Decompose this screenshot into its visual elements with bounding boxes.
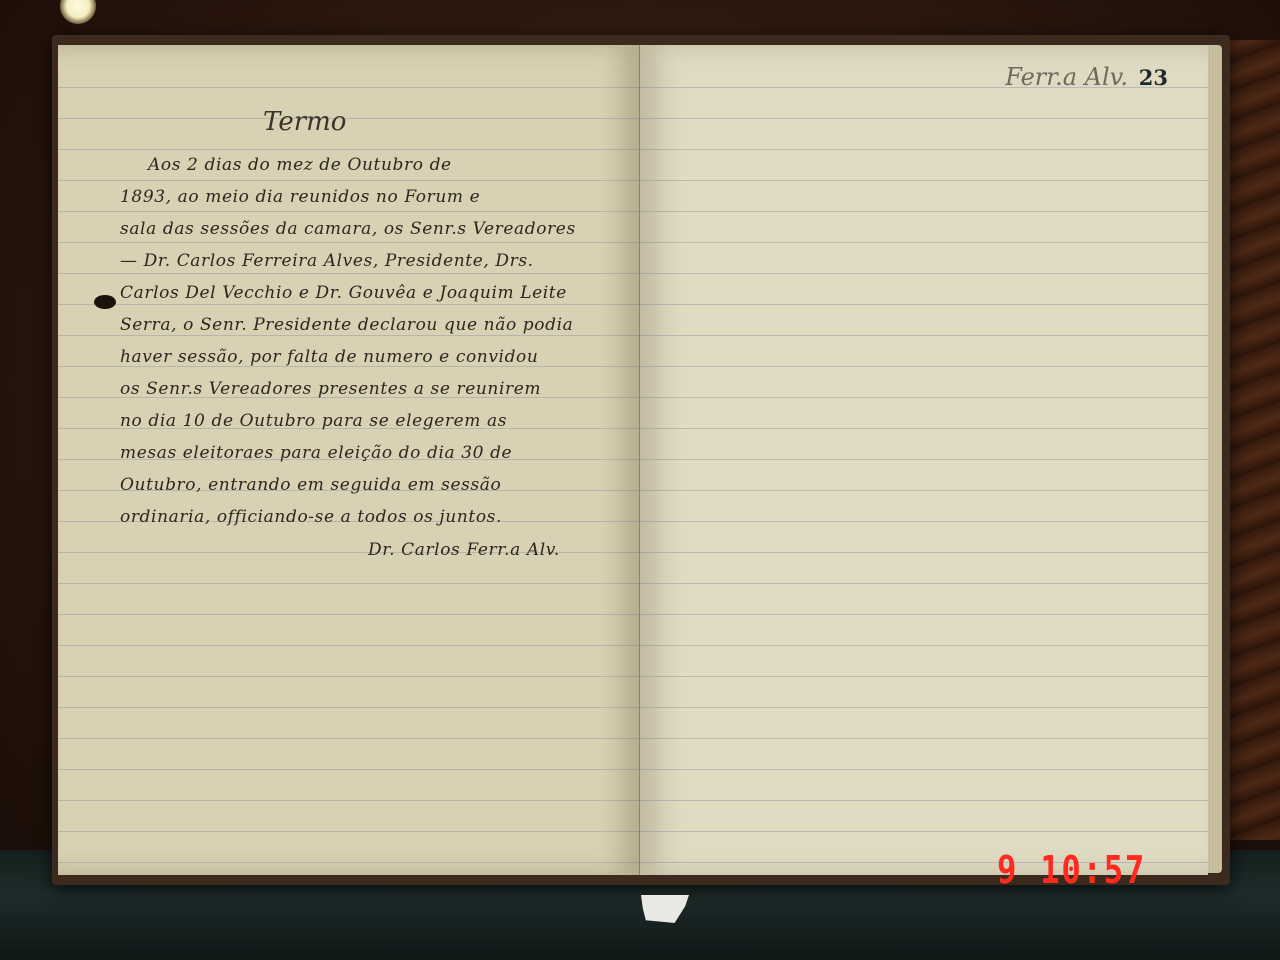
text-line: sala das sessões da camara, os Senr.s Ve… xyxy=(120,214,576,245)
lamp-glare xyxy=(60,0,96,24)
page-number: 23 xyxy=(1139,65,1168,90)
text-line: haver sessão, por falta de numero e conv… xyxy=(120,342,538,373)
text-line: Carlos Del Vecchio e Dr. Gouvêa e Joaqui… xyxy=(120,278,567,309)
ink-blot xyxy=(94,295,116,309)
signature: Dr. Carlos Ferr.a Alv. xyxy=(368,535,560,566)
text-line: os Senr.s Vereadores presentes a se reun… xyxy=(120,374,541,405)
left-page: Termo Aos 2 dias do mez de Outubro de 18… xyxy=(58,45,640,875)
right-page: Ferr.a Alv. 23 xyxy=(640,45,1208,875)
timestamp-time: 10:57 xyxy=(1040,848,1146,892)
open-ledger: Termo Aos 2 dias do mez de Outubro de 18… xyxy=(52,35,1230,885)
header-signature: Ferr.a Alv. xyxy=(1005,63,1128,91)
text-line: Serra, o Senr. Presidente declarou que n… xyxy=(120,310,573,341)
text-line: mesas eleitoraes para eleição do dia 30 … xyxy=(120,438,512,469)
entry-title: Termo xyxy=(263,107,346,137)
timestamp-day: 9 xyxy=(997,848,1018,892)
text-line: no dia 10 de Outubro para se elegerem as xyxy=(120,406,507,437)
text-line: Aos 2 dias do mez de Outubro de xyxy=(148,150,452,181)
page-edges xyxy=(1208,45,1222,873)
text-line: ordinaria, officiando-se a todos os junt… xyxy=(120,502,502,533)
text-line: Outubro, entrando em seguida em sessão xyxy=(120,470,501,501)
camera-timestamp: 910:57 xyxy=(997,848,1146,892)
text-line: 1893, ao meio dia reunidos no Forum e xyxy=(120,182,480,213)
text-line: — Dr. Carlos Ferreira Alves, Presidente,… xyxy=(120,246,534,277)
